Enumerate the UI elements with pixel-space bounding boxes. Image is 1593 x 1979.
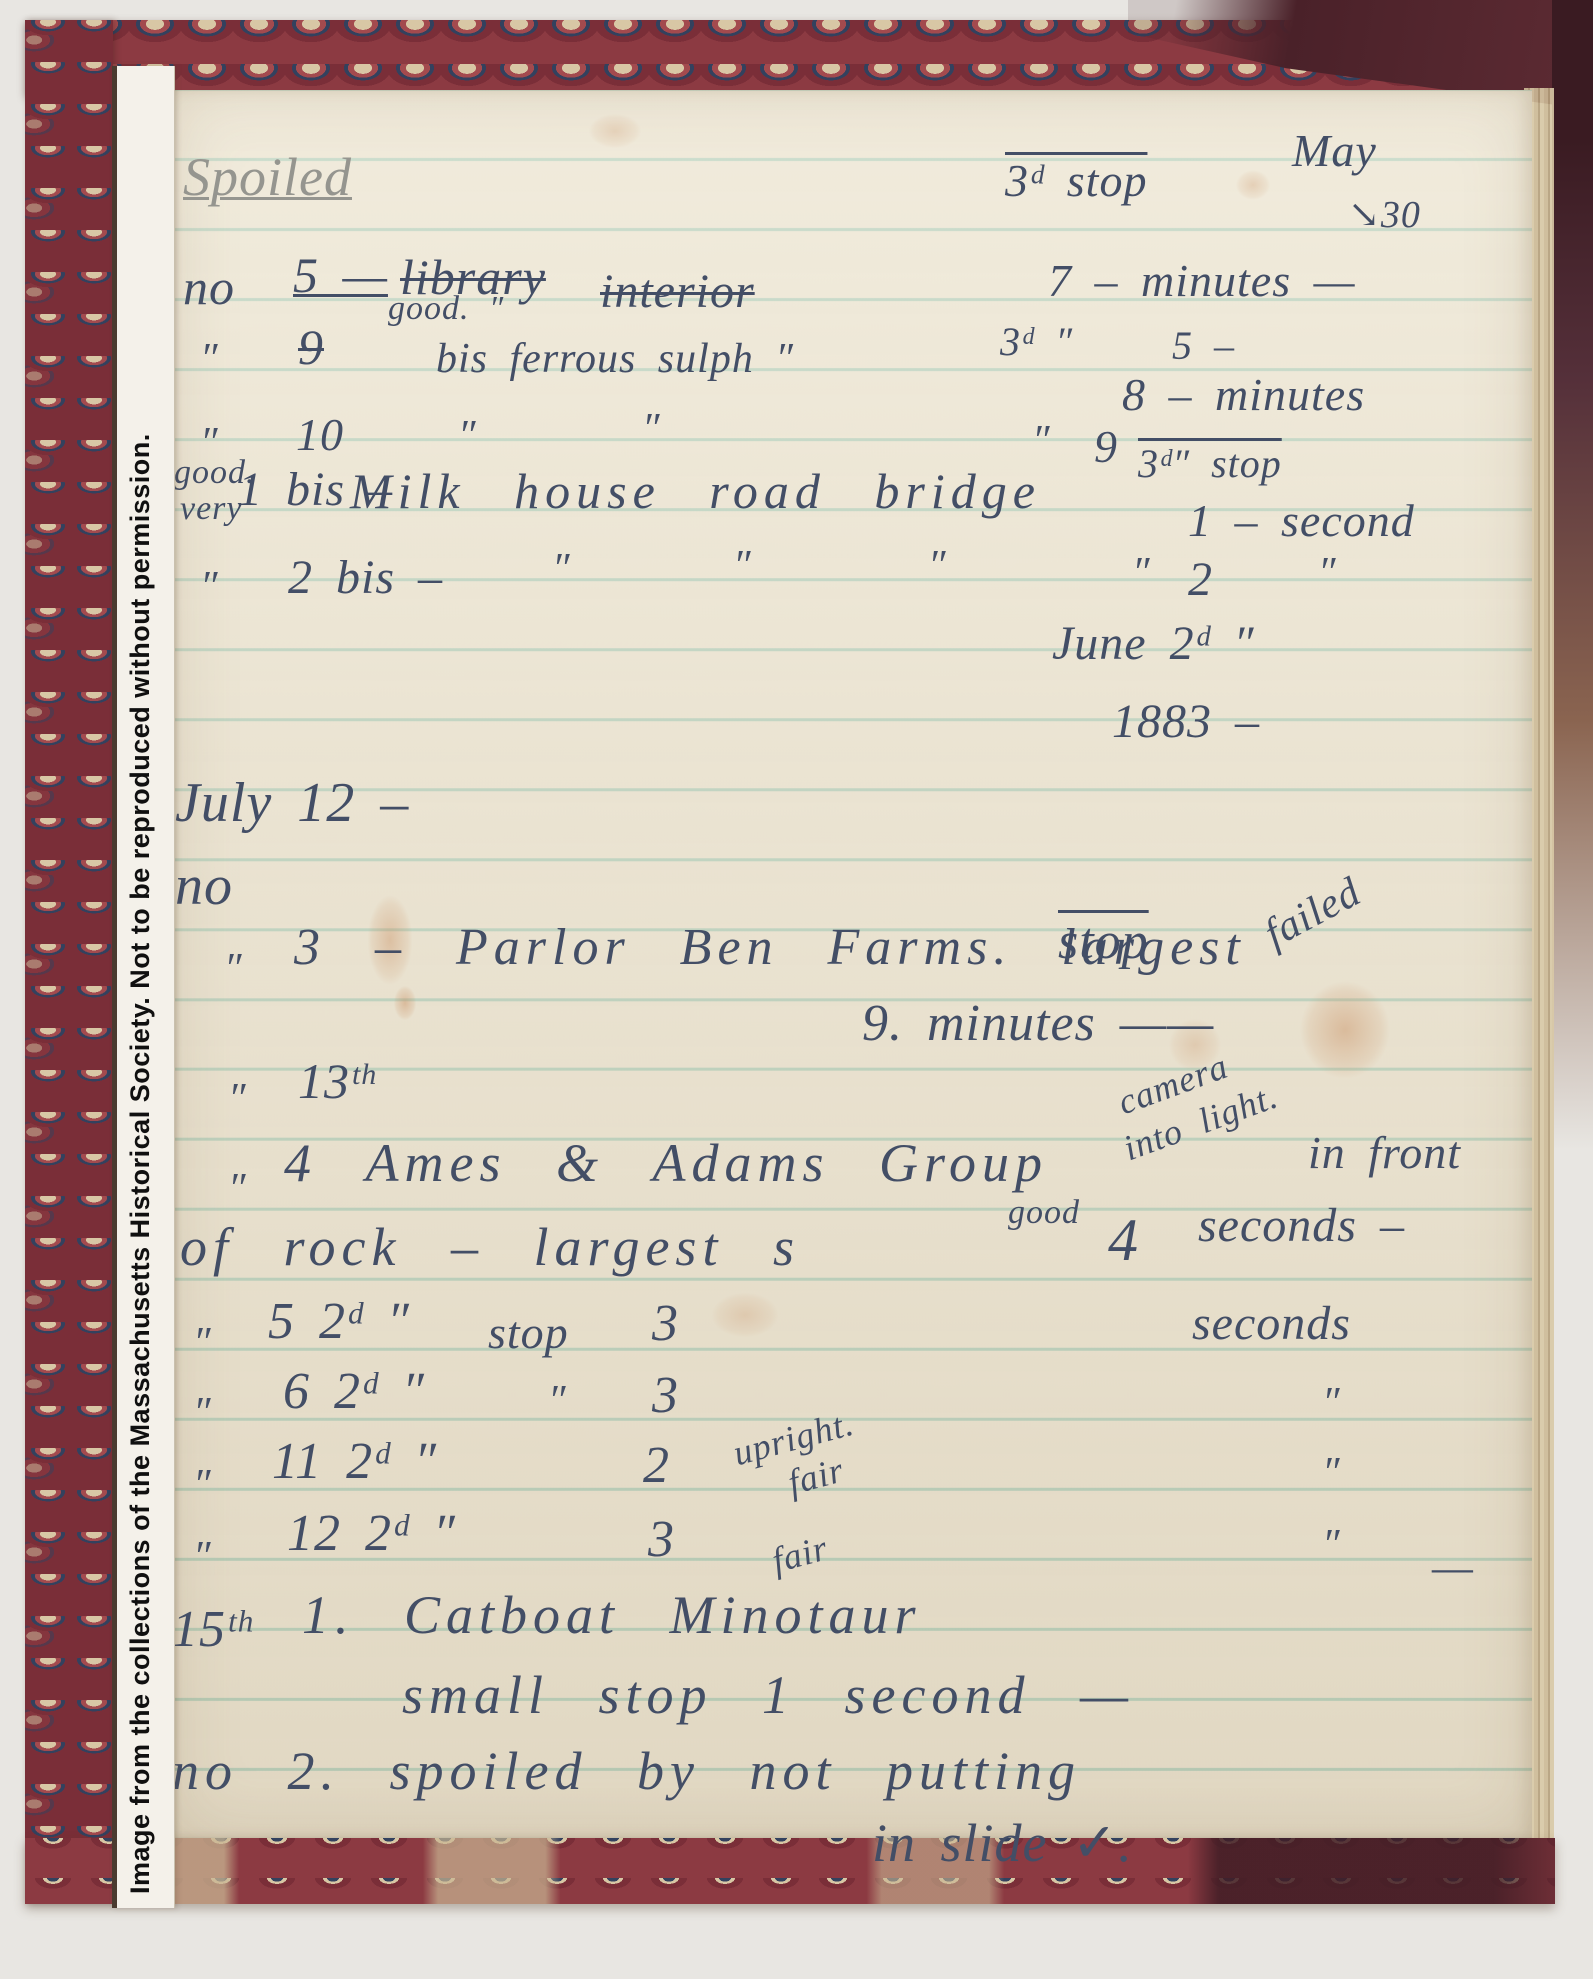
notebook-page <box>168 90 1532 1840</box>
credit-text: Image from the collections of the Massac… <box>125 433 156 1894</box>
book-cover-right-edge <box>1552 0 1593 1260</box>
photograph: Spoiled3ᵈ stopMay↘30no5 —libraryinterior… <box>0 0 1593 1979</box>
credit-strip: Image from the collections of the Massac… <box>112 66 175 1908</box>
book-cover-spine <box>25 20 113 1904</box>
book-cover-bottom-edge <box>25 1838 1555 1904</box>
